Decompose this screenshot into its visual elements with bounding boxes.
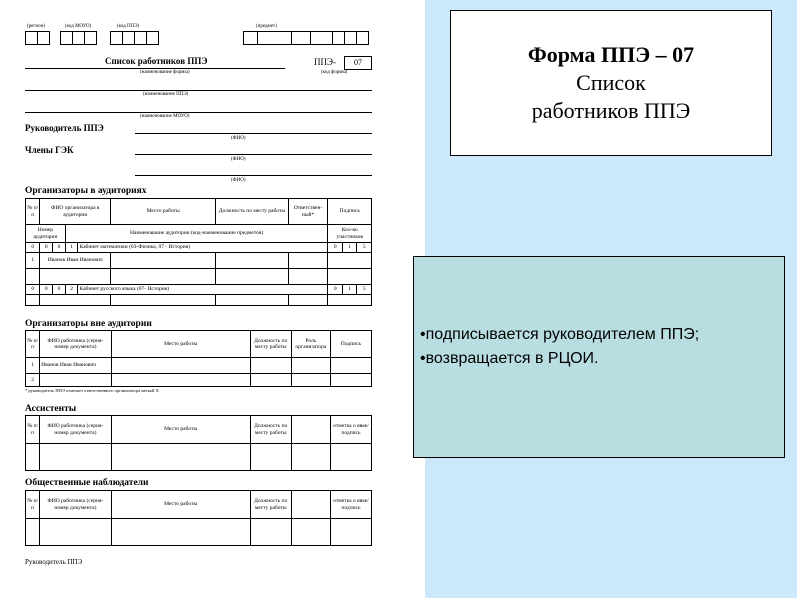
slide-title: Форма ППЭ – 07 bbox=[451, 41, 771, 69]
section-title-organizers-outside: Организаторы вне аудитории bbox=[25, 319, 152, 329]
table-row bbox=[26, 444, 372, 471]
col-header: Должность по месту работы bbox=[216, 199, 288, 225]
col-header: Подпись bbox=[328, 199, 372, 225]
organizers-in-rooms-table: № п/п ФИО организатора в аудитории Место… bbox=[25, 198, 372, 306]
table-cell bbox=[250, 519, 291, 546]
table-row: 2 bbox=[26, 374, 372, 387]
form-code-box: 07 bbox=[344, 56, 372, 70]
mouo-code-boxes bbox=[60, 31, 96, 45]
table-cell: Место работы bbox=[111, 416, 250, 444]
slide-title-box: Форма ППЭ – 07 Список работников ППЭ bbox=[450, 10, 772, 156]
col-subheader: Кол-во участников bbox=[328, 225, 372, 243]
caption-ppe-name: (наименование ППЭ) bbox=[143, 92, 188, 97]
table-cell bbox=[288, 269, 328, 285]
table-row bbox=[26, 269, 372, 285]
table-cell: ФИО работника (серия-номер документа) bbox=[40, 416, 111, 444]
table-cell: Место работы bbox=[111, 491, 250, 519]
footnote: * руководитель ППЭ отмечает ответственно… bbox=[25, 388, 159, 393]
table-cell: Подпись bbox=[330, 331, 371, 358]
table-cell bbox=[111, 253, 216, 269]
table-cell bbox=[330, 444, 371, 471]
col-header: № п/п bbox=[26, 199, 40, 225]
table-cell bbox=[111, 269, 216, 285]
table-cell: Роль организатора bbox=[291, 331, 330, 358]
table-row: 1Иванов Иван Иванович bbox=[26, 358, 372, 374]
table-cell: Должность по месту работы bbox=[250, 491, 291, 519]
table-cell: отметка о явке/ подпись bbox=[330, 416, 371, 444]
table-cell: Должность по месту работы bbox=[250, 416, 291, 444]
table-cell bbox=[40, 269, 111, 285]
table-cell bbox=[291, 416, 330, 444]
mouo-name-line bbox=[25, 112, 372, 113]
table-cell bbox=[216, 269, 288, 285]
table-row: 1 Иванов Иван Иванович bbox=[26, 253, 372, 269]
ppe-name-line bbox=[25, 90, 372, 91]
table-cell bbox=[330, 374, 371, 387]
table-row bbox=[26, 519, 372, 546]
organizer-name: Иванов Иван Иванович bbox=[40, 253, 111, 269]
public-observers-table: № п/пФИО работника (серия-номер документ… bbox=[25, 490, 372, 546]
table-cell bbox=[111, 519, 250, 546]
table-cell bbox=[40, 374, 111, 387]
table-cell: 0 bbox=[26, 285, 40, 295]
table-cell: 5 bbox=[357, 285, 372, 295]
caption-region: (регион) bbox=[27, 24, 45, 29]
room-name: Кабинет русского языка (07- История) bbox=[78, 285, 328, 295]
table-cell bbox=[111, 295, 216, 306]
slide-subtitle-line2: работников ППЭ bbox=[451, 97, 771, 125]
table-cell bbox=[288, 253, 328, 269]
table-cell bbox=[26, 295, 40, 306]
table-cell: 1 bbox=[26, 358, 40, 374]
form-title-line bbox=[25, 68, 285, 69]
table-row bbox=[26, 295, 372, 306]
table-cell: 0 bbox=[26, 243, 40, 253]
table-cell: 0 bbox=[53, 243, 66, 253]
table-cell: 0 bbox=[40, 285, 53, 295]
table-cell bbox=[250, 374, 291, 387]
table-cell: № п/п bbox=[26, 491, 40, 519]
table-cell bbox=[291, 374, 330, 387]
table-cell bbox=[216, 295, 288, 306]
caption-form-name: (наименование формы) bbox=[140, 70, 189, 75]
region-code-boxes bbox=[25, 31, 49, 45]
table-cell bbox=[288, 295, 328, 306]
table-cell: 0 bbox=[53, 285, 66, 295]
table-cell: отметка о явке/ подпись bbox=[330, 491, 371, 519]
head-label: Руководитель ППЭ bbox=[25, 123, 104, 133]
col-header: ФИО организатора в аудитории bbox=[40, 199, 111, 225]
table-cell: Место работы bbox=[111, 331, 250, 358]
form-code-prefix: ППЭ- bbox=[314, 57, 336, 67]
table-cell bbox=[40, 444, 111, 471]
organizers-outside-table: № п/пФИО работника (серия-номер документ… bbox=[25, 330, 372, 387]
table-cell: 1 bbox=[65, 243, 78, 253]
section-title-public-observers: Общественные наблюдатели bbox=[25, 478, 148, 488]
table-cell bbox=[328, 269, 372, 285]
head-fio-line bbox=[135, 133, 372, 134]
table-cell bbox=[291, 519, 330, 546]
slide-subtitle-line1: Список bbox=[451, 69, 771, 97]
subject-code-boxes bbox=[243, 31, 368, 45]
table-cell bbox=[328, 253, 372, 269]
table-cell bbox=[250, 444, 291, 471]
caption-subject: (предмет) bbox=[256, 24, 277, 29]
table-cell: № п/п bbox=[26, 416, 40, 444]
signature-label: Руководитель ППЭ bbox=[25, 558, 82, 566]
table-cell bbox=[330, 519, 371, 546]
table-cell bbox=[111, 358, 250, 374]
table-cell bbox=[111, 374, 250, 387]
caption-form-code: (код формы) bbox=[321, 70, 347, 75]
table-cell: 0 bbox=[40, 243, 53, 253]
table-cell: № п/п bbox=[26, 331, 40, 358]
table-cell bbox=[40, 295, 111, 306]
form-title: Список работников ППЭ bbox=[105, 56, 207, 66]
table-cell: 1 bbox=[26, 253, 40, 269]
room-name: Кабинет математики (03-Физика, 07 - Исто… bbox=[78, 243, 328, 253]
assistants-table: № п/пФИО работника (серия-номер документ… bbox=[25, 415, 372, 471]
table-cell: 0 bbox=[328, 243, 342, 253]
room-row: 0002 Кабинет русского языка (07- История… bbox=[26, 285, 372, 295]
caption-ppe-code: (код ППЭ) bbox=[117, 24, 139, 29]
table-cell bbox=[330, 358, 371, 374]
table-cell: 2 bbox=[26, 374, 40, 387]
table-cell bbox=[26, 444, 40, 471]
table-cell: ФИО работника (серия-номер документа) bbox=[40, 331, 111, 358]
caption-fio: (ФИО) bbox=[231, 178, 246, 183]
table-cell bbox=[40, 519, 111, 546]
table-cell bbox=[111, 444, 250, 471]
table-cell bbox=[250, 358, 291, 374]
gek-fio-line-2 bbox=[135, 175, 372, 176]
table-cell bbox=[328, 295, 372, 306]
caption-fio: (ФИО) bbox=[231, 157, 246, 162]
note-item: •возвращается в РЦОИ. bbox=[420, 347, 784, 371]
table-cell bbox=[216, 253, 288, 269]
note-item: •подписывается руководителем ППЭ; bbox=[420, 323, 784, 347]
section-title-organizers-in-rooms: Организаторы в аудиториях bbox=[25, 186, 147, 196]
table-cell: ФИО работника (серия-номер документа) bbox=[40, 491, 111, 519]
table-cell bbox=[26, 269, 40, 285]
caption-mouo-name: (наименование МОУО) bbox=[140, 114, 189, 119]
table-cell: 1 bbox=[342, 285, 356, 295]
table-cell: Должность по месту работы bbox=[250, 331, 291, 358]
table-cell: 0 bbox=[328, 285, 342, 295]
col-subheader: Наименование аудитории (код-наименование… bbox=[65, 225, 328, 243]
gek-label: Члены ГЭК bbox=[25, 145, 73, 155]
gek-fio-line-1 bbox=[135, 154, 372, 155]
table-cell bbox=[291, 491, 330, 519]
col-header: Место работы bbox=[111, 199, 216, 225]
slide-notes-box: •подписывается руководителем ППЭ; •возвр… bbox=[413, 256, 785, 458]
table-cell bbox=[26, 519, 40, 546]
caption-fio: (ФИО) bbox=[231, 136, 246, 141]
table-cell: 2 bbox=[65, 285, 78, 295]
table-cell bbox=[291, 444, 330, 471]
section-title-assistants: Ассистенты bbox=[25, 404, 76, 414]
col-header: Ответствен-ный* bbox=[288, 199, 328, 225]
table-cell: 5 bbox=[357, 243, 372, 253]
caption-mouo: (код МОУО) bbox=[65, 24, 91, 29]
ppe-code-boxes bbox=[110, 31, 158, 45]
col-subheader: Номер аудитории bbox=[26, 225, 66, 243]
table-cell: Иванов Иван Иванович bbox=[40, 358, 111, 374]
table-cell: 1 bbox=[342, 243, 356, 253]
table-cell bbox=[291, 358, 330, 374]
room-row: 0001 Кабинет математики (03-Физика, 07 -… bbox=[26, 243, 372, 253]
